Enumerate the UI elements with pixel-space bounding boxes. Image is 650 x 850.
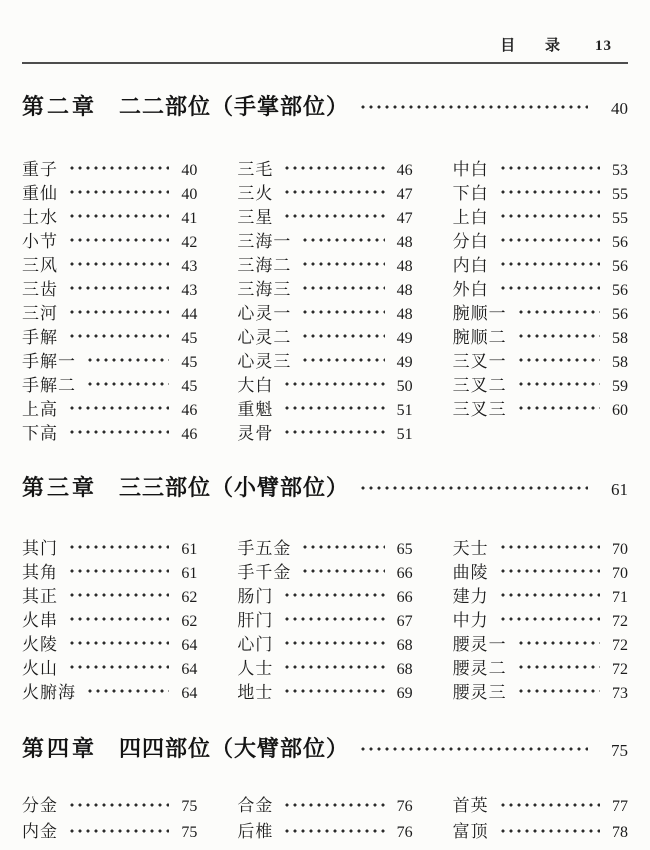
entry-page: 50 <box>391 378 413 396</box>
dot-leader <box>517 347 600 371</box>
dot-leader <box>359 471 588 502</box>
entry-name: 腰灵一 <box>453 630 507 655</box>
toc-entry: 上高 46 <box>22 395 197 419</box>
toc-entry: 合金 76 <box>237 791 412 817</box>
chapter-number: 第三章 <box>22 471 97 502</box>
toc-entry: 腰灵二 72 <box>453 654 628 678</box>
entry-name: 内金 <box>22 817 58 842</box>
entry-page: 72 <box>606 613 628 631</box>
entry-name: 三河 <box>22 299 58 324</box>
entry-name: 下白 <box>453 179 489 204</box>
entry-name: 其正 <box>22 582 58 607</box>
dot-leader <box>499 227 600 251</box>
entry-name: 曲陵 <box>453 558 489 583</box>
toc-entry: 火腑海 64 <box>22 678 197 702</box>
dot-leader <box>68 558 169 582</box>
entry-page: 70 <box>606 541 628 559</box>
dot-leader <box>301 558 384 582</box>
entry-name: 中力 <box>453 606 489 631</box>
toc-entry: 肠门 66 <box>237 582 412 606</box>
entry-columns: 分金 75 内金 75 合金 76 后椎 76 首英 77 富顶 78 <box>22 791 628 843</box>
dot-leader <box>68 323 169 347</box>
toc-entry: 内白 56 <box>453 251 628 275</box>
entry-name: 三海一 <box>237 227 291 252</box>
toc-section: 第四章 四四部位（大臂部位） 75 分金 75 内金 75 合金 76 后椎 7… <box>22 732 628 843</box>
entry-name: 心门 <box>237 630 273 655</box>
toc-entry: 下高 46 <box>22 419 197 443</box>
toc-entry: 重子 40 <box>22 155 197 179</box>
entry-column: 中白 53 下白 55 上白 55 分白 56 内白 56 外白 56 腕顺一 … <box>453 155 628 419</box>
toc-entry: 手解 45 <box>22 323 197 347</box>
entry-name: 天士 <box>453 534 489 559</box>
entry-name: 火山 <box>22 654 58 679</box>
dot-leader <box>499 179 600 203</box>
chapter-title: 三三部位（小臂部位） <box>119 471 349 502</box>
dot-leader <box>68 630 169 654</box>
dot-leader <box>283 155 384 179</box>
entry-page: 46 <box>175 402 197 420</box>
dot-leader <box>283 817 384 843</box>
toc-entry: 腕顺二 58 <box>453 323 628 347</box>
toc-entry: 后椎 76 <box>237 817 412 843</box>
entry-name: 地士 <box>237 678 273 703</box>
chapter-heading: 第四章 四四部位（大臂部位） 75 <box>22 732 628 763</box>
dot-leader <box>68 275 169 299</box>
toc-entry: 三海二 48 <box>237 251 412 275</box>
entry-name: 肝门 <box>237 606 273 631</box>
toc-entry: 重魁 51 <box>237 395 412 419</box>
toc-entry: 首英 77 <box>453 791 628 817</box>
dot-leader <box>499 582 600 606</box>
dot-leader <box>301 227 384 251</box>
dot-leader <box>301 251 384 275</box>
entry-page: 58 <box>606 354 628 372</box>
dot-leader <box>301 323 384 347</box>
dot-leader <box>283 630 384 654</box>
entry-page: 55 <box>606 186 628 204</box>
entry-name: 重子 <box>22 155 58 180</box>
entry-page: 45 <box>175 378 197 396</box>
dot-leader <box>283 371 384 395</box>
toc-entry: 手解二 45 <box>22 371 197 395</box>
chapter-heading: 第三章 三三部位（小臂部位） 61 <box>22 471 628 502</box>
toc-entry: 三齿 43 <box>22 275 197 299</box>
toc-entry: 分金 75 <box>22 791 197 817</box>
dot-leader <box>301 275 384 299</box>
toc-entry: 土水 41 <box>22 203 197 227</box>
chapter-number: 第四章 <box>22 732 97 763</box>
entry-name: 合金 <box>237 791 273 816</box>
dot-leader <box>499 606 600 630</box>
entry-page: 44 <box>175 306 197 324</box>
entry-name: 心灵三 <box>237 347 291 372</box>
entry-page: 72 <box>606 661 628 679</box>
entry-page: 48 <box>391 258 413 276</box>
dot-leader <box>86 371 169 395</box>
entry-name: 手解一 <box>22 347 76 372</box>
entry-name: 腰灵三 <box>453 678 507 703</box>
entry-column: 首英 77 富顶 78 <box>453 791 628 843</box>
dot-leader <box>283 203 384 227</box>
toc-entry: 火陵 64 <box>22 630 197 654</box>
toc-entry: 其角 61 <box>22 558 197 582</box>
entry-page: 43 <box>175 258 197 276</box>
entry-page: 45 <box>175 354 197 372</box>
entry-page: 70 <box>606 565 628 583</box>
chapter-number: 第二章 <box>22 90 97 121</box>
dot-leader <box>283 179 384 203</box>
entry-page: 76 <box>391 824 413 842</box>
toc-entry: 三叉三 60 <box>453 395 628 419</box>
entry-page: 64 <box>175 685 197 703</box>
dot-leader <box>517 395 600 419</box>
toc-entry: 心灵三 49 <box>237 347 412 371</box>
entry-page: 71 <box>606 589 628 607</box>
entry-name: 肠门 <box>237 582 273 607</box>
entry-page: 46 <box>175 426 197 444</box>
entry-name: 腕顺二 <box>453 323 507 348</box>
entry-page: 41 <box>175 210 197 228</box>
dot-leader <box>86 678 169 702</box>
dot-leader <box>68 179 169 203</box>
entry-name: 首英 <box>453 791 489 816</box>
dot-leader <box>283 606 384 630</box>
dot-leader <box>517 654 600 678</box>
toc-entry: 三毛 46 <box>237 155 412 179</box>
entry-name: 分白 <box>453 227 489 252</box>
entry-columns: 其门 61 其角 61 其正 62 火串 62 火陵 64 火山 64 火腑海 … <box>22 534 628 702</box>
dot-leader <box>517 371 600 395</box>
entry-page: 75 <box>175 798 197 816</box>
toc-entry: 三海一 48 <box>237 227 412 251</box>
dot-leader <box>517 323 600 347</box>
toc-entry: 分白 56 <box>453 227 628 251</box>
toc-section: 第二章 二二部位（手掌部位） 40 重子 40 重仙 40 土水 41 小节 4… <box>22 90 628 443</box>
entry-name: 重魁 <box>237 395 273 420</box>
toc-entry: 三河 44 <box>22 299 197 323</box>
entry-name: 三齿 <box>22 275 58 300</box>
dot-leader <box>68 534 169 558</box>
toc-entry: 腰灵三 73 <box>453 678 628 702</box>
entry-page: 55 <box>606 210 628 228</box>
entry-name: 大白 <box>237 371 273 396</box>
dot-leader <box>359 732 588 763</box>
entry-name: 后椎 <box>237 817 273 842</box>
entry-page: 40 <box>175 162 197 180</box>
entry-page: 47 <box>391 210 413 228</box>
entry-column: 天士 70 曲陵 70 建力 71 中力 72 腰灵一 72 腰灵二 72 腰灵… <box>453 534 628 702</box>
entry-name: 人士 <box>237 654 273 679</box>
toc-entry: 三风 43 <box>22 251 197 275</box>
toc-page: 目 录 13 第二章 二二部位（手掌部位） 40 重子 40 重仙 40 土水 … <box>0 0 650 850</box>
dot-leader <box>68 203 169 227</box>
entry-column: 三毛 46 三火 47 三星 47 三海一 48 三海二 48 三海三 48 心… <box>237 155 412 443</box>
toc-entry: 地士 69 <box>237 678 412 702</box>
chapter-page: 61 <box>602 480 628 500</box>
dot-leader <box>517 630 600 654</box>
dot-leader <box>68 791 169 817</box>
entry-name: 火串 <box>22 606 58 631</box>
toc-entry: 手五金 65 <box>237 534 412 558</box>
entry-page: 61 <box>175 541 197 559</box>
entry-page: 58 <box>606 330 628 348</box>
entry-page: 53 <box>606 162 628 180</box>
entry-page: 48 <box>391 282 413 300</box>
toc-entry: 三海三 48 <box>237 275 412 299</box>
entry-page: 69 <box>391 685 413 703</box>
dot-leader <box>283 678 384 702</box>
dot-leader <box>68 817 169 843</box>
chapter-title: 二二部位（手掌部位） <box>119 90 349 121</box>
entry-name: 三叉三 <box>453 395 507 420</box>
entry-name: 三毛 <box>237 155 273 180</box>
entry-name: 腕顺一 <box>453 299 507 324</box>
toc-entry: 小节 42 <box>22 227 197 251</box>
entry-page: 46 <box>391 162 413 180</box>
dot-leader <box>283 419 384 443</box>
dot-leader <box>68 155 169 179</box>
dot-leader <box>68 395 169 419</box>
dot-leader <box>499 534 600 558</box>
entry-page: 75 <box>175 824 197 842</box>
entry-page: 68 <box>391 661 413 679</box>
toc-entry: 天士 70 <box>453 534 628 558</box>
dot-leader <box>68 299 169 323</box>
entry-name: 腰灵二 <box>453 654 507 679</box>
entry-name: 中白 <box>453 155 489 180</box>
entry-name: 下高 <box>22 419 58 444</box>
toc-entry: 心灵一 48 <box>237 299 412 323</box>
entry-page: 49 <box>391 354 413 372</box>
toc-entry: 中力 72 <box>453 606 628 630</box>
entry-name: 其角 <box>22 558 58 583</box>
toc-entry: 外白 56 <box>453 275 628 299</box>
entry-name: 小节 <box>22 227 58 252</box>
entry-name: 内白 <box>453 251 489 276</box>
entry-page: 40 <box>175 186 197 204</box>
toc-entry: 手解一 45 <box>22 347 197 371</box>
dot-leader <box>301 534 384 558</box>
toc-entry: 手千金 66 <box>237 558 412 582</box>
entry-column: 分金 75 内金 75 <box>22 791 197 843</box>
entry-name: 建力 <box>453 582 489 607</box>
entry-name: 上高 <box>22 395 58 420</box>
dot-leader <box>499 558 600 582</box>
dot-leader <box>301 347 384 371</box>
entry-page: 56 <box>606 306 628 324</box>
toc-entry: 其门 61 <box>22 534 197 558</box>
chapter-heading: 第二章 二二部位（手掌部位） 40 <box>22 90 628 121</box>
toc-entry: 富顶 78 <box>453 817 628 843</box>
dot-leader <box>499 791 600 817</box>
entry-page: 68 <box>391 637 413 655</box>
entry-name: 手解二 <box>22 371 76 396</box>
entry-page: 73 <box>606 685 628 703</box>
toc-entry: 重仙 40 <box>22 179 197 203</box>
entry-name: 三叉二 <box>453 371 507 396</box>
toc-entry: 内金 75 <box>22 817 197 843</box>
dot-leader <box>86 347 169 371</box>
toc-entry: 其正 62 <box>22 582 197 606</box>
entry-name: 火陵 <box>22 630 58 655</box>
dot-leader <box>68 582 169 606</box>
dot-leader <box>499 155 600 179</box>
dot-leader <box>301 299 384 323</box>
entry-page: 76 <box>391 798 413 816</box>
entry-name: 三叉一 <box>453 347 507 372</box>
entry-name: 三海三 <box>237 275 291 300</box>
entry-page: 62 <box>175 613 197 631</box>
running-head: 目 录 13 <box>22 34 628 55</box>
dot-leader <box>68 227 169 251</box>
running-head-title: 目 录 <box>500 34 573 55</box>
entry-page: 48 <box>391 234 413 252</box>
entry-name: 三海二 <box>237 251 291 276</box>
dot-leader <box>68 251 169 275</box>
toc-entry: 三星 47 <box>237 203 412 227</box>
entry-name: 三火 <box>237 179 273 204</box>
entry-column: 合金 76 后椎 76 <box>237 791 412 843</box>
dot-leader <box>499 817 600 843</box>
entry-page: 48 <box>391 306 413 324</box>
toc-sections: 第二章 二二部位（手掌部位） 40 重子 40 重仙 40 土水 41 小节 4… <box>22 90 628 843</box>
running-head-page-number: 13 <box>595 38 612 55</box>
dot-leader <box>517 678 600 702</box>
toc-entry: 腰灵一 72 <box>453 630 628 654</box>
entry-page: 56 <box>606 258 628 276</box>
entry-name: 手五金 <box>237 534 291 559</box>
entry-page: 64 <box>175 637 197 655</box>
entry-page: 65 <box>391 541 413 559</box>
entry-column: 其门 61 其角 61 其正 62 火串 62 火陵 64 火山 64 火腑海 … <box>22 534 197 702</box>
entry-page: 67 <box>391 613 413 631</box>
toc-entry: 三火 47 <box>237 179 412 203</box>
toc-entry: 三叉二 59 <box>453 371 628 395</box>
dot-leader <box>283 395 384 419</box>
entry-name: 土水 <box>22 203 58 228</box>
entry-page: 66 <box>391 589 413 607</box>
entry-name: 灵骨 <box>237 419 273 444</box>
dot-leader <box>359 90 588 121</box>
toc-entry: 曲陵 70 <box>453 558 628 582</box>
entry-page: 49 <box>391 330 413 348</box>
entry-page: 77 <box>606 798 628 816</box>
entry-page: 64 <box>175 661 197 679</box>
entry-name: 心灵一 <box>237 299 291 324</box>
entry-name: 外白 <box>453 275 489 300</box>
toc-entry: 下白 55 <box>453 179 628 203</box>
entry-columns: 重子 40 重仙 40 土水 41 小节 42 三风 43 三齿 43 三河 4… <box>22 155 628 443</box>
entry-page: 51 <box>391 402 413 420</box>
entry-page: 59 <box>606 378 628 396</box>
entry-column: 手五金 65 手千金 66 肠门 66 肝门 67 心门 68 人士 68 地士… <box>237 534 412 702</box>
toc-entry: 大白 50 <box>237 371 412 395</box>
entry-page: 42 <box>175 234 197 252</box>
entry-page: 72 <box>606 637 628 655</box>
entry-name: 心灵二 <box>237 323 291 348</box>
toc-entry: 上白 55 <box>453 203 628 227</box>
entry-name: 三风 <box>22 251 58 276</box>
dot-leader <box>499 251 600 275</box>
toc-entry: 火串 62 <box>22 606 197 630</box>
dot-leader <box>499 275 600 299</box>
dot-leader <box>517 299 600 323</box>
toc-entry: 火山 64 <box>22 654 197 678</box>
entry-name: 手解 <box>22 323 58 348</box>
chapter-page: 75 <box>602 741 628 761</box>
entry-page: 56 <box>606 234 628 252</box>
dot-leader <box>283 791 384 817</box>
toc-entry: 人士 68 <box>237 654 412 678</box>
toc-entry: 心灵二 49 <box>237 323 412 347</box>
toc-entry: 建力 71 <box>453 582 628 606</box>
toc-entry: 三叉一 58 <box>453 347 628 371</box>
dot-leader <box>283 654 384 678</box>
entry-page: 56 <box>606 282 628 300</box>
chapter-page: 40 <box>602 99 628 119</box>
entry-name: 三星 <box>237 203 273 228</box>
dot-leader <box>283 582 384 606</box>
chapter-title: 四四部位（大臂部位） <box>119 732 349 763</box>
entry-page: 45 <box>175 330 197 348</box>
entry-page: 78 <box>606 824 628 842</box>
entry-page: 51 <box>391 426 413 444</box>
entry-name: 重仙 <box>22 179 58 204</box>
toc-entry: 肝门 67 <box>237 606 412 630</box>
toc-entry: 灵骨 51 <box>237 419 412 443</box>
toc-section: 第三章 三三部位（小臂部位） 61 其门 61 其角 61 其正 62 火串 6… <box>22 471 628 702</box>
entry-name: 富顶 <box>453 817 489 842</box>
toc-entry: 腕顺一 56 <box>453 299 628 323</box>
entry-page: 62 <box>175 589 197 607</box>
entry-page: 66 <box>391 565 413 583</box>
dot-leader <box>499 203 600 227</box>
entry-name: 手千金 <box>237 558 291 583</box>
dot-leader <box>68 606 169 630</box>
entry-name: 上白 <box>453 203 489 228</box>
entry-page: 61 <box>175 565 197 583</box>
entry-page: 60 <box>606 402 628 420</box>
entry-page: 43 <box>175 282 197 300</box>
dot-leader <box>68 654 169 678</box>
entry-name: 其门 <box>22 534 58 559</box>
toc-entry: 中白 53 <box>453 155 628 179</box>
entry-column: 重子 40 重仙 40 土水 41 小节 42 三风 43 三齿 43 三河 4… <box>22 155 197 443</box>
entry-page: 47 <box>391 186 413 204</box>
toc-entry: 心门 68 <box>237 630 412 654</box>
dot-leader <box>68 419 169 443</box>
entry-name: 火腑海 <box>22 678 76 703</box>
entry-name: 分金 <box>22 791 58 816</box>
header-rule <box>22 62 628 64</box>
